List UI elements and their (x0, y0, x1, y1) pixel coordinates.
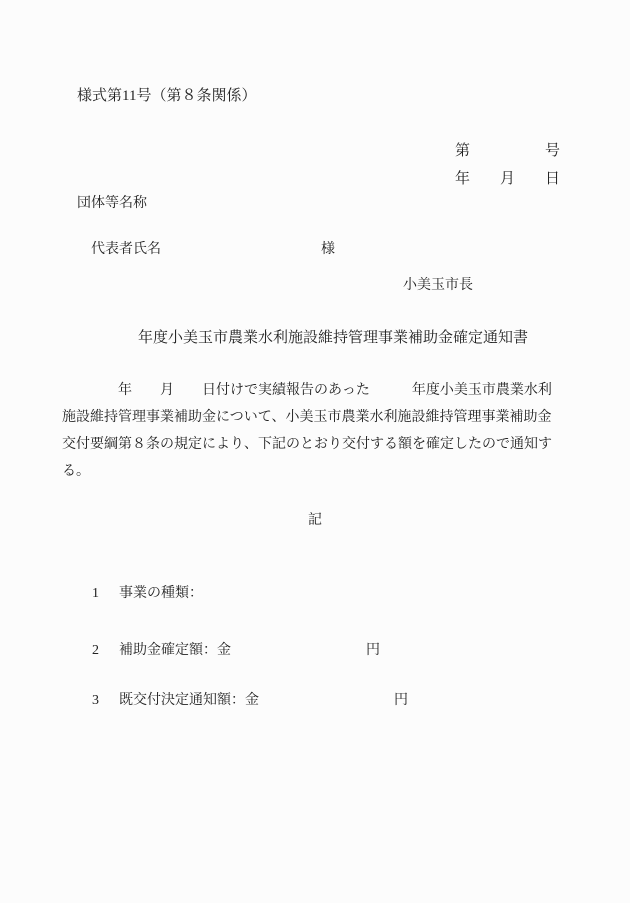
record-marker: 記 (62, 511, 568, 531)
document-page: 様式第11号（第８条関係） 第 号 年 月 日 団体等名称 代表者氏名様 小美玉… (0, 0, 630, 903)
list-item-notified-amount: 3既交付決定通知額：金円 (78, 671, 408, 731)
body-paragraph: 年 月 日付けで実績報告のあった 年度小美玉市農業水利 施設維持管理事業補助金に… (62, 377, 562, 485)
addressee-rep-line: 代表者氏名様 (77, 220, 335, 280)
addressee-rep-label: 代表者氏名 (91, 242, 161, 257)
item-unit: 円 (394, 693, 408, 708)
item-label: 事業の種類： (119, 586, 203, 601)
date-line: 年 月 日 (455, 169, 560, 189)
item-number: 1 (92, 584, 119, 604)
body-line: 年 月 日付けで実績報告のあった 年度小美玉市農業水利 (62, 377, 562, 404)
form-number: 様式第11号（第８条関係） (77, 86, 256, 106)
item-number: 3 (92, 691, 119, 711)
sender-name: 小美玉市長 (403, 276, 473, 296)
item-unit: 円 (366, 643, 380, 658)
list-item-business-type: 1事業の種類： (78, 564, 338, 624)
document-number-line: 第 号 (455, 141, 560, 161)
body-line: 施設維持管理事業補助金について、小美玉市農業水利施設維持管理事業補助金 (62, 404, 562, 431)
addressee-org-label: 団体等名称 (77, 194, 147, 214)
item-label: 既交付決定通知額：金 (119, 693, 259, 708)
item-number: 2 (92, 641, 119, 661)
document-title: 年度小美玉市農業水利施設維持管理事業補助金確定通知書 (138, 328, 528, 348)
body-line: る。 (62, 458, 562, 485)
item-label: 補助金確定額：金 (119, 643, 231, 658)
body-line: 交付要綱第８条の規定により、下記のとおり交付する額を確定したので通知す (62, 431, 562, 458)
addressee-honorific: 様 (321, 242, 335, 257)
